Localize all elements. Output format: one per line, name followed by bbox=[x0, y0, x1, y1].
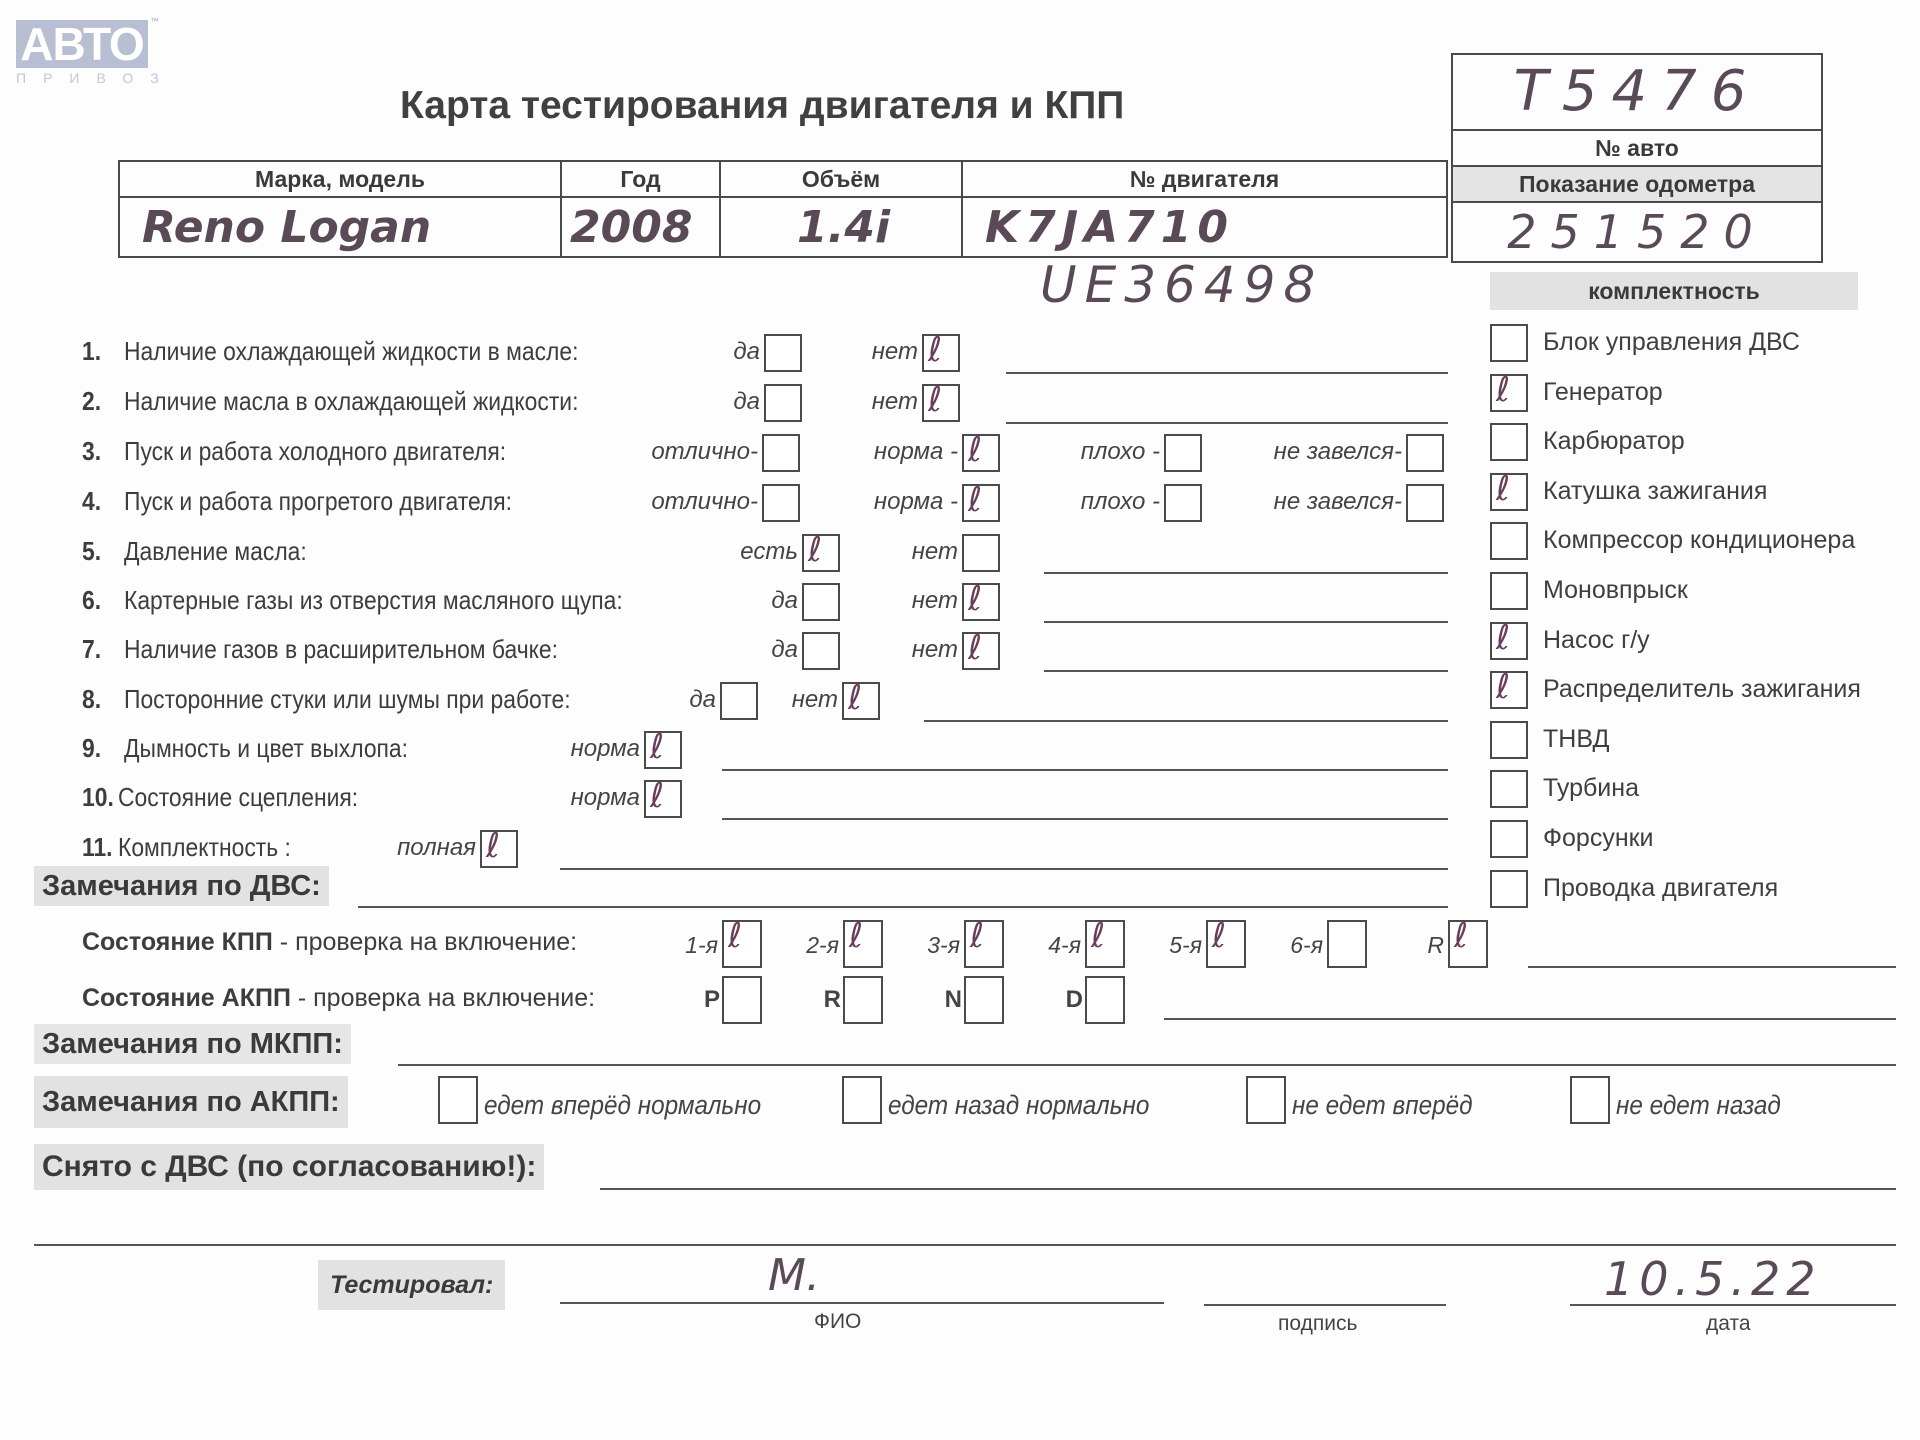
option-label: не завелся- bbox=[1274, 438, 1402, 466]
engine-remarks-label: Замечания по ДВС: bbox=[34, 866, 329, 906]
question-text: Картерные газы из отверстия масляного щу… bbox=[124, 585, 623, 616]
question-text: Наличие газов в расширительном бачке: bbox=[124, 634, 558, 665]
option-checkbox[interactable] bbox=[802, 632, 840, 670]
option-checkbox[interactable]: ℓ bbox=[962, 632, 1000, 670]
question-remark-line[interactable] bbox=[722, 769, 1448, 771]
completeness-item-label: Генератор bbox=[1543, 378, 1663, 407]
akpp-remark-checkbox[interactable] bbox=[1570, 1076, 1610, 1124]
signature-label: подпись bbox=[1278, 1312, 1357, 1336]
completeness-item-label: Форсунки bbox=[1543, 824, 1654, 853]
option-label: нет bbox=[912, 636, 958, 664]
question-number: 9. bbox=[82, 733, 101, 764]
vehicle-info-table: Марка, модель Год Объём № двигателя Reno… bbox=[118, 160, 1448, 258]
mkpp-remarks-line[interactable] bbox=[398, 1064, 1896, 1066]
gear-label: R bbox=[1427, 932, 1444, 959]
check-mark-icon: ℓ bbox=[968, 430, 982, 470]
option-checkbox[interactable]: ℓ bbox=[644, 731, 682, 769]
akpp-remark-checkbox[interactable] bbox=[438, 1076, 478, 1124]
akpp-mode-label: R bbox=[824, 986, 841, 1014]
check-mark-icon: ℓ bbox=[650, 776, 664, 816]
option-checkbox[interactable] bbox=[962, 534, 1000, 572]
completeness-item-label: ТНВД bbox=[1543, 725, 1609, 754]
question-number: 4. bbox=[82, 486, 101, 517]
question-text: Дымность и цвет выхлопа: bbox=[124, 733, 408, 764]
option-checkbox[interactable]: ℓ bbox=[842, 682, 880, 720]
option-checkbox[interactable]: ℓ bbox=[962, 484, 1000, 522]
check-mark-icon: ℓ bbox=[928, 380, 942, 420]
vehicle-number-field[interactable]: T5476 bbox=[1453, 55, 1821, 131]
completeness-checkbox[interactable] bbox=[1490, 522, 1528, 560]
column-header-year: Год bbox=[561, 161, 720, 197]
option-label: есть bbox=[740, 538, 798, 566]
option-label: отлично- bbox=[651, 488, 758, 516]
fio-line[interactable] bbox=[560, 1302, 1164, 1304]
question-remark-line[interactable] bbox=[924, 720, 1448, 722]
option-checkbox[interactable] bbox=[1406, 484, 1444, 522]
option-label: да bbox=[771, 587, 798, 615]
question-number: 3. bbox=[82, 436, 101, 467]
question-text: Посторонние стуки или шумы при работе: bbox=[124, 684, 571, 715]
option-checkbox[interactable] bbox=[1406, 434, 1444, 472]
akpp-mode-checkbox[interactable] bbox=[843, 976, 883, 1024]
completeness-checkbox[interactable] bbox=[1490, 770, 1528, 808]
make-model-field[interactable]: Reno Logan bbox=[119, 197, 561, 257]
gear-checkbox[interactable] bbox=[1327, 920, 1367, 968]
option-label: да bbox=[733, 388, 760, 416]
option-label: нет bbox=[792, 686, 838, 714]
check-mark-icon: ℓ bbox=[1496, 667, 1510, 707]
engine-number-field[interactable]: K7JA710 bbox=[962, 197, 1447, 257]
option-label: нет bbox=[872, 338, 918, 366]
akpp-remark-checkbox[interactable] bbox=[842, 1076, 882, 1124]
question-text: Комплектность : bbox=[118, 832, 291, 863]
date-value: 10.5.22 bbox=[1604, 1252, 1822, 1306]
question-number: 10. bbox=[82, 782, 114, 813]
check-mark-icon: ℓ bbox=[1454, 916, 1468, 956]
column-header-make-model: Марка, модель bbox=[119, 161, 561, 197]
option-checkbox[interactable] bbox=[802, 583, 840, 621]
check-mark-icon: ℓ bbox=[968, 579, 982, 619]
fio-label: ФИО bbox=[814, 1310, 861, 1334]
option-checkbox[interactable] bbox=[1164, 484, 1202, 522]
completeness-checkbox[interactable] bbox=[1490, 324, 1528, 362]
tested-by-label: Тестировал: bbox=[318, 1260, 505, 1310]
completeness-checkbox[interactable] bbox=[1490, 870, 1528, 908]
akpp-remarks-label: Замечания по АКПП: bbox=[34, 1076, 348, 1128]
completeness-item-label: Проводка двигателя bbox=[1543, 874, 1778, 903]
completeness-item-label: Моновпрыск bbox=[1543, 576, 1688, 605]
akpp-remark-checkbox[interactable] bbox=[1246, 1076, 1286, 1124]
gear-label: 5-я bbox=[1169, 932, 1202, 959]
completeness-heading: комплектность bbox=[1490, 272, 1858, 310]
option-label: нет bbox=[912, 538, 958, 566]
option-checkbox[interactable]: ℓ bbox=[922, 334, 960, 372]
option-label: нет bbox=[912, 587, 958, 615]
completeness-checkbox[interactable]: ℓ bbox=[1490, 671, 1528, 709]
option-label: да bbox=[771, 636, 798, 664]
check-mark-icon: ℓ bbox=[1496, 370, 1510, 410]
mkpp-remarks-label: Замечания по МКПП: bbox=[34, 1024, 351, 1064]
gear-label: 1-я bbox=[685, 932, 718, 959]
option-checkbox[interactable]: ℓ bbox=[962, 583, 1000, 621]
option-label: да bbox=[689, 686, 716, 714]
check-mark-icon: ℓ bbox=[808, 530, 822, 570]
removed-from-engine-label: Снято с ДВС (по согласованию!): bbox=[34, 1144, 544, 1190]
question-number: 6. bbox=[82, 585, 101, 616]
check-mark-icon: ℓ bbox=[1091, 916, 1105, 956]
check-mark-icon: ℓ bbox=[849, 916, 863, 956]
completeness-checkbox[interactable]: ℓ bbox=[1490, 473, 1528, 511]
question-number: 11. bbox=[82, 832, 113, 863]
option-label: да bbox=[733, 338, 760, 366]
option-label: норма - bbox=[874, 438, 958, 466]
vehicle-number-label: № авто bbox=[1453, 131, 1821, 167]
check-mark-icon: ℓ bbox=[1212, 916, 1226, 956]
check-mark-icon: ℓ bbox=[968, 628, 982, 668]
question-text: Пуск и работа прогретого двигателя: bbox=[124, 486, 512, 517]
volume-field[interactable]: 1.4i bbox=[720, 197, 962, 257]
engine-remarks-line[interactable] bbox=[358, 906, 1448, 908]
option-checkbox[interactable] bbox=[720, 682, 758, 720]
akpp-mode-checkbox[interactable] bbox=[1085, 976, 1125, 1024]
completeness-checkbox[interactable] bbox=[1490, 820, 1528, 858]
brand-logo: АВТО bbox=[16, 20, 148, 68]
question-number: 8. bbox=[82, 684, 101, 715]
option-label: не завелся- bbox=[1274, 488, 1402, 516]
signature-line[interactable] bbox=[1204, 1304, 1446, 1306]
completeness-item-label: Распределитель зажигания bbox=[1543, 675, 1861, 704]
check-mark-icon: ℓ bbox=[486, 826, 500, 866]
akpp-remark-label: не едет назад bbox=[1616, 1090, 1781, 1121]
gear-label: 3-я bbox=[927, 932, 960, 959]
akpp-remark-label: едет назад нормально bbox=[888, 1090, 1149, 1121]
option-label: полная bbox=[397, 834, 476, 862]
column-header-engine-number: № двигателя bbox=[962, 161, 1447, 197]
question-text: Наличие охлаждающей жидкости в масле: bbox=[124, 336, 578, 367]
completeness-item-label: Катушка зажигания bbox=[1543, 477, 1767, 506]
completeness-checkbox[interactable] bbox=[1490, 423, 1528, 461]
akpp-remark-label: едет вперёд нормально bbox=[484, 1090, 761, 1121]
check-mark-icon: ℓ bbox=[1496, 469, 1510, 509]
gear-checkbox[interactable]: ℓ bbox=[1085, 920, 1125, 968]
kpp-remarks-line[interactable] bbox=[1528, 966, 1896, 968]
akpp-check-remarks-line[interactable] bbox=[1164, 1018, 1896, 1020]
gear-checkbox[interactable]: ℓ bbox=[1206, 920, 1246, 968]
question-number: 5. bbox=[82, 536, 101, 567]
akpp-mode-checkbox[interactable] bbox=[964, 976, 1004, 1024]
question-text: Наличие масла в охлаждающей жидкости: bbox=[124, 386, 578, 417]
trademark-mark: ™ bbox=[150, 16, 159, 26]
option-checkbox[interactable]: ℓ bbox=[644, 780, 682, 818]
option-label: плохо - bbox=[1081, 438, 1160, 466]
date-line[interactable] bbox=[1570, 1304, 1896, 1306]
question-remark-line[interactable] bbox=[722, 818, 1448, 820]
question-number: 1. bbox=[82, 336, 101, 367]
question-text: Пуск и работа холодного двигателя: bbox=[124, 436, 506, 467]
completeness-item-label: Турбина bbox=[1543, 774, 1639, 803]
question-number: 2. bbox=[82, 386, 101, 417]
option-checkbox[interactable] bbox=[762, 484, 800, 522]
question-remark-line[interactable] bbox=[1044, 670, 1448, 672]
engine-number-line2: UE36498 bbox=[1040, 256, 1323, 314]
option-checkbox[interactable] bbox=[764, 384, 802, 422]
option-checkbox[interactable] bbox=[762, 434, 800, 472]
question-remark-line[interactable] bbox=[1044, 621, 1448, 623]
akpp-mode-label: P bbox=[704, 986, 720, 1014]
year-field[interactable]: 2008 bbox=[561, 197, 720, 257]
option-checkbox[interactable] bbox=[1164, 434, 1202, 472]
option-label: отлично- bbox=[651, 438, 758, 466]
column-header-volume: Объём bbox=[720, 161, 962, 197]
question-remark-line[interactable] bbox=[560, 868, 1448, 870]
check-mark-icon: ℓ bbox=[970, 916, 984, 956]
option-label: норма bbox=[571, 784, 640, 812]
option-label: норма bbox=[571, 735, 640, 763]
completeness-item-label: Карбюратор bbox=[1543, 427, 1685, 456]
option-checkbox[interactable]: ℓ bbox=[802, 534, 840, 572]
completeness-item-label: Насос г/у bbox=[1543, 626, 1650, 655]
gear-checkbox[interactable]: ℓ bbox=[1448, 920, 1488, 968]
odometer-label: Показание одометра bbox=[1453, 167, 1821, 203]
check-mark-icon: ℓ bbox=[848, 678, 862, 718]
option-checkbox[interactable] bbox=[764, 334, 802, 372]
check-mark-icon: ℓ bbox=[728, 916, 742, 956]
completeness-checkbox[interactable] bbox=[1490, 721, 1528, 759]
check-mark-icon: ℓ bbox=[968, 480, 982, 520]
brand-logo-subtitle: ПРИВОЗ bbox=[16, 70, 176, 86]
question-text: Давление масла: bbox=[124, 536, 307, 567]
completeness-item-label: Блок управления ДВС bbox=[1543, 328, 1800, 357]
check-mark-icon: ℓ bbox=[1496, 618, 1510, 658]
date-label: дата bbox=[1706, 1312, 1751, 1336]
gear-checkbox[interactable]: ℓ bbox=[843, 920, 883, 968]
option-checkbox[interactable]: ℓ bbox=[922, 384, 960, 422]
akpp-check-label: Состояние АКПП - проверка на включение: bbox=[82, 984, 595, 1013]
gear-label: 4-я bbox=[1048, 932, 1081, 959]
option-checkbox[interactable]: ℓ bbox=[962, 434, 1000, 472]
akpp-mode-checkbox[interactable] bbox=[722, 976, 762, 1024]
akpp-mode-label: N bbox=[945, 986, 962, 1014]
fio-value: М. bbox=[768, 1250, 820, 1301]
removed-from-engine-line[interactable] bbox=[600, 1188, 1896, 1190]
completeness-checkbox[interactable] bbox=[1490, 572, 1528, 610]
completeness-checkbox[interactable]: ℓ bbox=[1490, 374, 1528, 412]
page-title: Карта тестирования двигателя и КПП bbox=[400, 84, 1124, 128]
option-label: нет bbox=[872, 388, 918, 416]
gear-label: 2-я bbox=[806, 932, 839, 959]
akpp-mode-label: D bbox=[1066, 986, 1083, 1014]
completeness-checkbox[interactable]: ℓ bbox=[1490, 622, 1528, 660]
option-label: плохо - bbox=[1081, 488, 1160, 516]
question-number: 7. bbox=[82, 634, 101, 665]
removed-extra-line[interactable] bbox=[34, 1244, 1896, 1246]
option-label: норма - bbox=[874, 488, 958, 516]
vehicle-number-box: T5476 № авто Показание одометра 251520 bbox=[1451, 53, 1823, 263]
question-remark-line[interactable] bbox=[1044, 572, 1448, 574]
gear-label: 6-я bbox=[1290, 932, 1323, 959]
question-remark-line[interactable] bbox=[1006, 372, 1448, 374]
check-mark-icon: ℓ bbox=[650, 727, 664, 767]
question-text: Состояние сцепления: bbox=[118, 782, 358, 813]
option-checkbox[interactable]: ℓ bbox=[480, 830, 518, 868]
gear-checkbox[interactable]: ℓ bbox=[964, 920, 1004, 968]
odometer-field[interactable]: 251520 bbox=[1453, 203, 1821, 261]
kpp-check-label: Состояние КПП - проверка на включение: bbox=[82, 928, 577, 957]
gear-checkbox[interactable]: ℓ bbox=[722, 920, 762, 968]
question-remark-line[interactable] bbox=[1006, 422, 1448, 424]
completeness-item-label: Компрессор кондиционера bbox=[1543, 526, 1855, 555]
akpp-remark-label: не едет вперёд bbox=[1292, 1090, 1473, 1121]
check-mark-icon: ℓ bbox=[928, 330, 942, 370]
